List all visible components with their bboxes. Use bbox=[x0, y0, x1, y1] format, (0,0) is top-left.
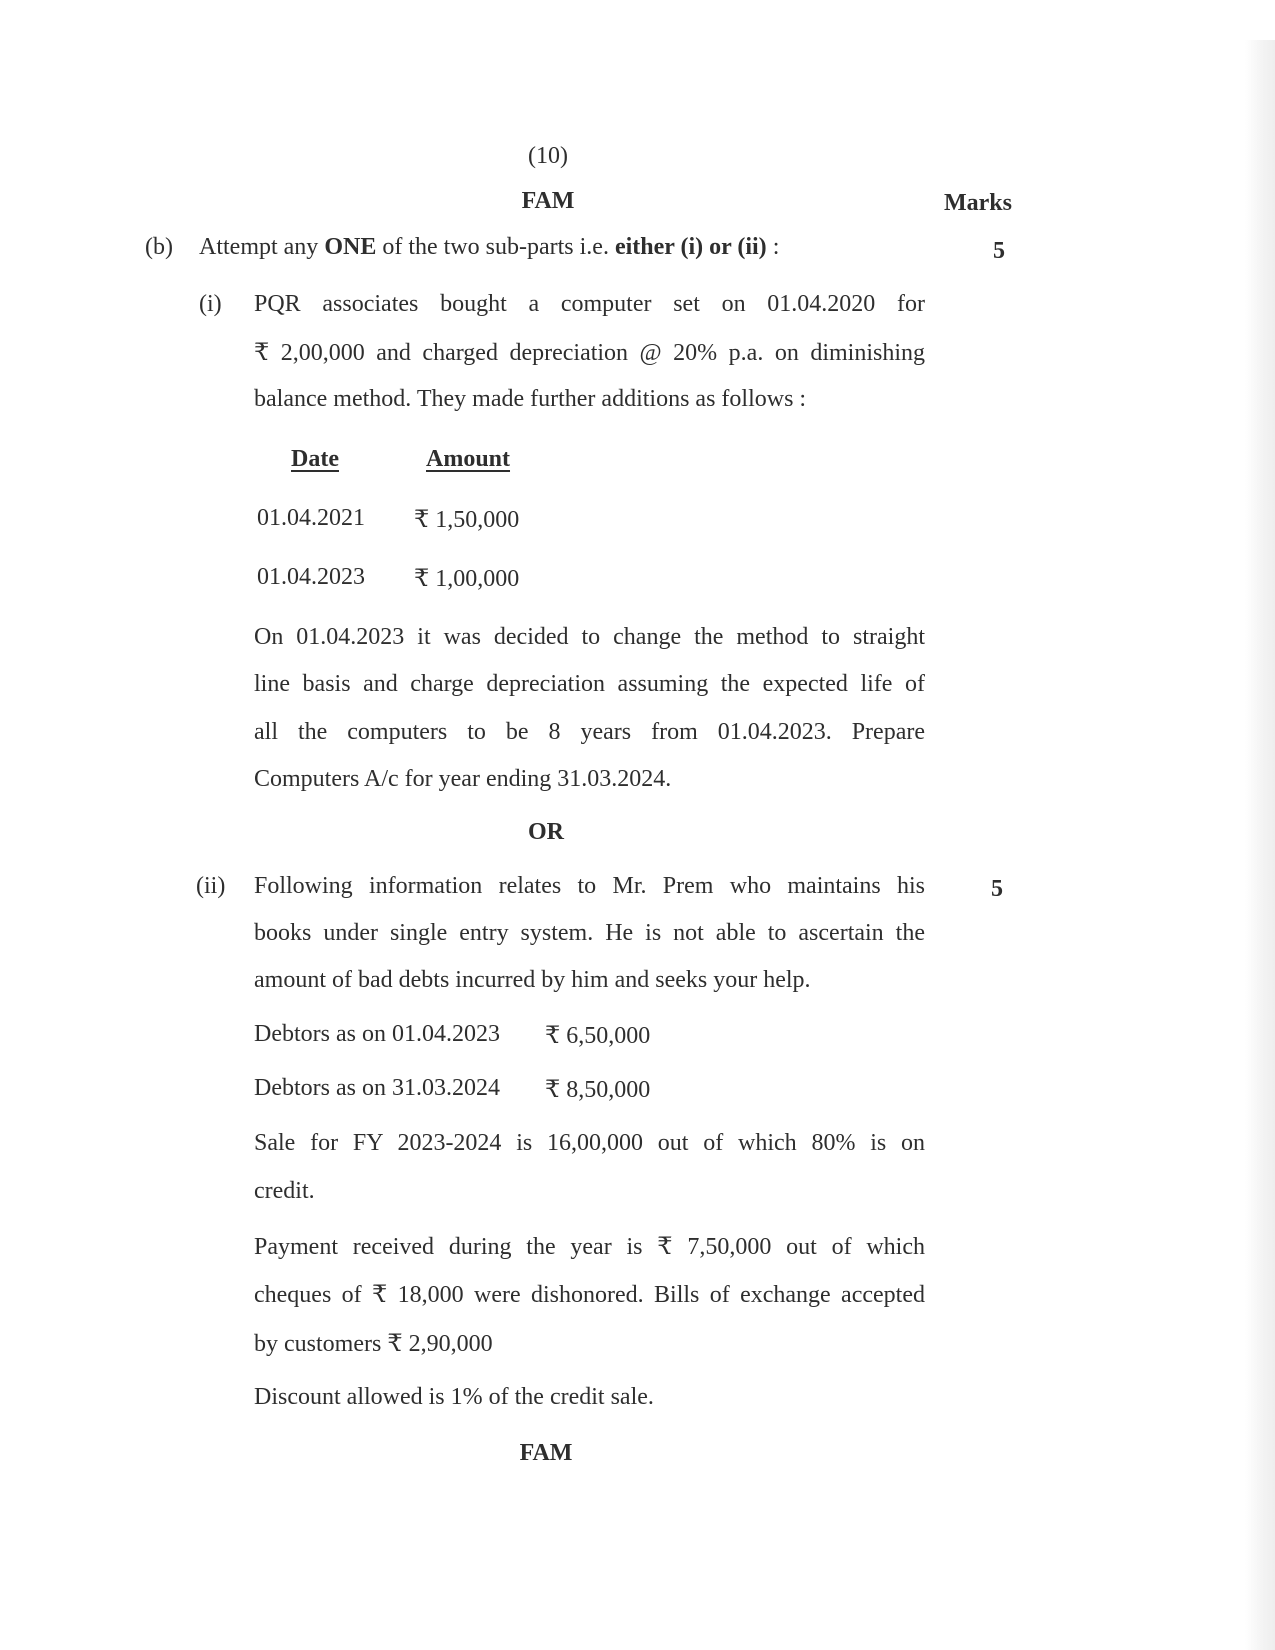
table-cell-date: 01.04.2021 bbox=[257, 505, 365, 532]
subpart-i-para2-line: all the computers to be 8 years from 01.… bbox=[254, 719, 925, 746]
subpart-i-para2-line: On 01.04.2023 it was decided to change t… bbox=[254, 624, 925, 651]
header-paper-code: FAM bbox=[498, 188, 598, 215]
table-header-date: Date bbox=[291, 446, 339, 473]
subpart-i-line: ₹ 2,00,000 and charged depreciation @ 20… bbox=[254, 338, 925, 367]
footer-paper-code: FAM bbox=[496, 1440, 596, 1467]
part-marks: 5 bbox=[993, 238, 1005, 265]
subpart-i-para2-line: Computers A/c for year ending 31.03.2024… bbox=[254, 766, 671, 793]
table-cell-date: 01.04.2023 bbox=[257, 564, 365, 591]
sale-line: credit. bbox=[254, 1178, 315, 1205]
debtors-value: ₹ 8,50,000 bbox=[545, 1075, 650, 1104]
payment-line: by customers ₹ 2,90,000 bbox=[254, 1329, 493, 1358]
part-instruction: Attempt any ONE of the two sub-parts i.e… bbox=[199, 234, 779, 261]
or-divider: OR bbox=[496, 819, 596, 846]
table-header-amount: Amount bbox=[426, 446, 510, 473]
payment-line: cheques of ₹ 18,000 were dishonored. Bil… bbox=[254, 1280, 925, 1309]
debtors-label: Debtors as on 01.04.2023 bbox=[254, 1021, 500, 1048]
discount-line: Discount allowed is 1% of the credit sal… bbox=[254, 1384, 654, 1411]
table-cell-amount: ₹ 1,00,000 bbox=[414, 564, 519, 593]
subpart-ii-label: (ii) bbox=[196, 873, 225, 900]
page-number: (10) bbox=[498, 143, 598, 170]
subpart-ii-line: amount of bad debts incurred by him and … bbox=[254, 967, 811, 994]
payment-line: Payment received during the year is ₹ 7,… bbox=[254, 1232, 925, 1261]
subpart-ii-marks: 5 bbox=[991, 876, 1003, 903]
debtors-value: ₹ 6,50,000 bbox=[545, 1021, 650, 1050]
debtors-label: Debtors as on 31.03.2024 bbox=[254, 1075, 500, 1102]
marks-column-heading: Marks bbox=[944, 190, 1012, 217]
table-cell-amount: ₹ 1,50,000 bbox=[414, 505, 519, 534]
scan-page-edge bbox=[1245, 40, 1275, 1650]
subpart-ii-line: Following information relates to Mr. Pre… bbox=[254, 873, 925, 900]
subpart-i-line: balance method. They made further additi… bbox=[254, 386, 806, 413]
subpart-i-para2-line: line basis and charge depreciation assum… bbox=[254, 671, 925, 698]
subpart-i-label: (i) bbox=[199, 291, 222, 318]
subpart-ii-line: books under single entry system. He is n… bbox=[254, 920, 925, 947]
sale-line: Sale for FY 2023-2024 is 16,00,000 out o… bbox=[254, 1130, 925, 1157]
subpart-i-line: PQR associates bought a computer set on … bbox=[254, 291, 925, 318]
part-label: (b) bbox=[145, 234, 173, 261]
